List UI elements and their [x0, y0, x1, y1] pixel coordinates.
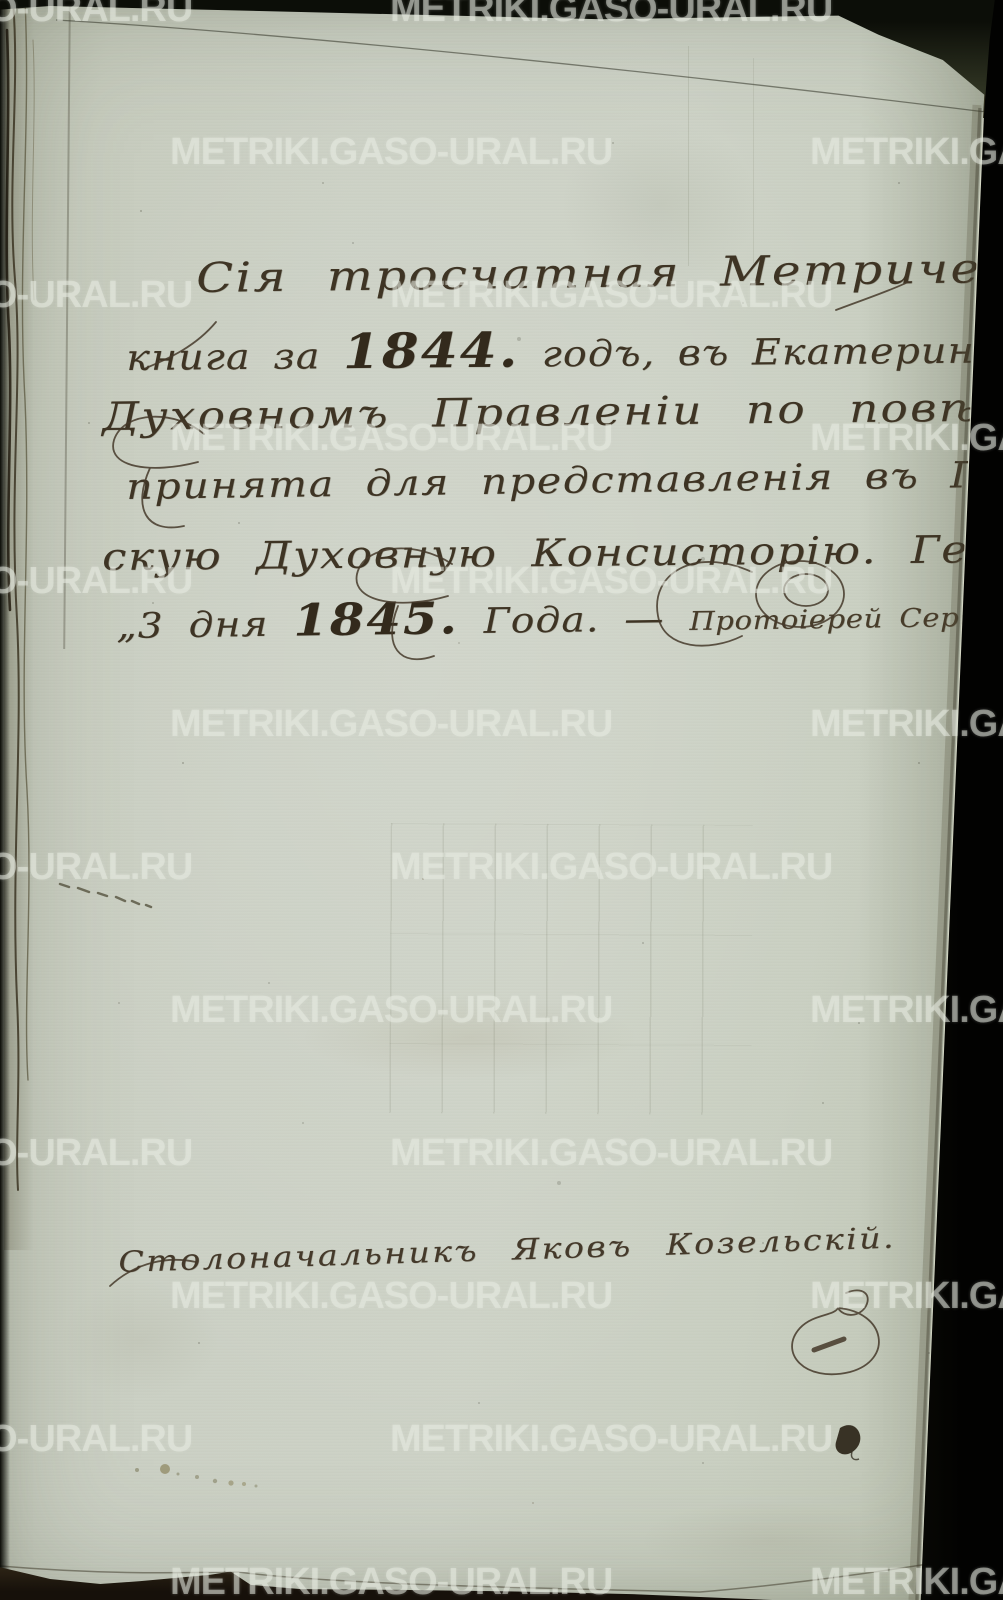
page-paper — [0, 0, 1003, 1600]
manuscript-line-6-mid: Года. — — [459, 599, 690, 642]
year-1844: 1844. — [343, 323, 520, 381]
manuscript-line-5: скую Духовную Консисторію. Генваря — [102, 529, 1003, 576]
paper-stain — [640, 1500, 900, 1580]
bleedthrough-line — [753, 58, 754, 263]
bleedthrough-line — [688, 46, 689, 266]
bleedthrough-table-lines — [389, 823, 753, 1115]
scan-left-border — [0, 0, 10, 1600]
manuscript-line-2-post: годъ, въ Екатеринбургскомъ — [519, 329, 1003, 376]
paper-stain — [60, 1280, 220, 1400]
manuscript-line-3: Духовномъ Правленіи по повѣркѣ — [102, 388, 1003, 437]
document-scan: Сія тросчатная Метрическая книга за 1844… — [0, 0, 1003, 1600]
manuscript-line-1: Сія тросчатная Метрическая — [196, 247, 1003, 299]
manuscript-line-6-pre: „3 дня — [116, 605, 294, 647]
protoierey-signature: Протоіерей Сергій Дiаконовъ — [689, 600, 1003, 637]
manuscript-line-2: книга за 1844. годъ, въ Екатеринбургском… — [126, 321, 1003, 378]
manuscript-line-2-pre: книга за — [126, 336, 343, 379]
year-1845: 1845. — [293, 593, 459, 646]
